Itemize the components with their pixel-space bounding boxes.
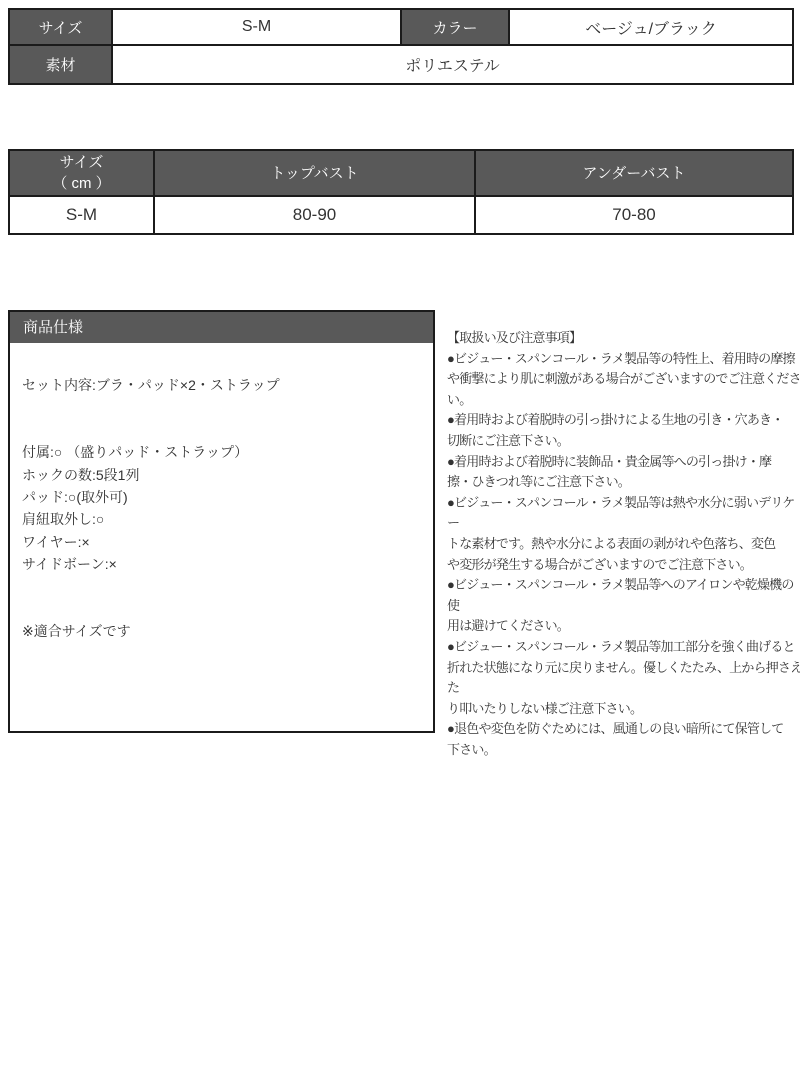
spec-color-table: サイズ S-M カラー ベージュ/ブラック 素材 ポリエステル bbox=[8, 8, 794, 85]
handling-note-item: ●着用時および着脱時の引っ掛けによる生地の引き・穴あき・ 切断にご注意下さい。 bbox=[447, 410, 800, 451]
color-label-cell: カラー bbox=[401, 9, 509, 45]
material-label-cell: 素材 bbox=[9, 45, 112, 84]
size-chart-row: S-M 80-90 70-80 bbox=[9, 196, 793, 234]
under-bust-cell: 70-80 bbox=[475, 196, 793, 234]
spec-details: 付属:○ （盛りパッド・ストラップ） ホックの数:5段1列 パッド:○(取外可)… bbox=[22, 441, 421, 575]
material-value-cell: ポリエステル bbox=[112, 45, 793, 84]
handling-note-item: ●着用時および着脱時に装飾品・貴金属等への引っ掛け・摩 擦・ひきつれ等にご注意下… bbox=[447, 452, 800, 493]
handling-notes-title: 【取扱い及び注意事項】 bbox=[447, 328, 800, 349]
size-value-cell: S-M bbox=[112, 9, 401, 45]
spec-set-contents: セット内容:ブラ・パッド×2・ストラップ bbox=[22, 374, 421, 396]
product-spec-content: セット内容:ブラ・パッド×2・ストラップ 付属:○ （盛りパッド・ストラップ） … bbox=[10, 343, 433, 665]
handling-note-item: ●ビジュー・スパンコール・ラメ製品等の特性上、着用時の摩擦 や衝撃により肌に刺激… bbox=[447, 349, 800, 411]
handling-note-item: ●ビジュー・スパンコール・ラメ製品等へのアイロンや乾燥機の使 用は避けてください… bbox=[447, 575, 800, 637]
color-value-cell: ベージュ/ブラック bbox=[509, 9, 793, 45]
size-cell: S-M bbox=[9, 196, 154, 234]
handling-note-item: ●ビジュー・スパンコール・ラメ製品等加工部分を強く曲げると 折れた状態になり元に… bbox=[447, 637, 800, 719]
product-spec-box: 商品仕様 セット内容:ブラ・パッド×2・ストラップ 付属:○ （盛りパッド・スト… bbox=[8, 310, 435, 733]
handling-notes: 【取扱い及び注意事項】 ●ビジュー・スパンコール・ラメ製品等の特性上、着用時の摩… bbox=[447, 328, 800, 760]
top-bust-header-cell: トップバスト bbox=[154, 150, 475, 196]
size-label-cell: サイズ bbox=[9, 9, 112, 45]
top-bust-cell: 80-90 bbox=[154, 196, 475, 234]
size-cm-header-cell: サイズ （ cm ） bbox=[9, 150, 154, 196]
under-bust-header-cell: アンダーバスト bbox=[475, 150, 793, 196]
handling-note-item: ●ビジュー・スパンコール・ラメ製品等は熱や水分に弱いデリケー トな素材です。熱や… bbox=[447, 493, 800, 575]
handling-note-item: ●退色や変色を防ぐためには、風通しの良い暗所にて保管して 下さい。 bbox=[447, 719, 800, 760]
spec-fit-note: ※適合サイズです bbox=[22, 620, 421, 642]
product-spec-title: 商品仕様 bbox=[10, 312, 433, 343]
size-chart-table: サイズ （ cm ） トップバスト アンダーバスト S-M 80-90 70-8… bbox=[8, 149, 794, 235]
